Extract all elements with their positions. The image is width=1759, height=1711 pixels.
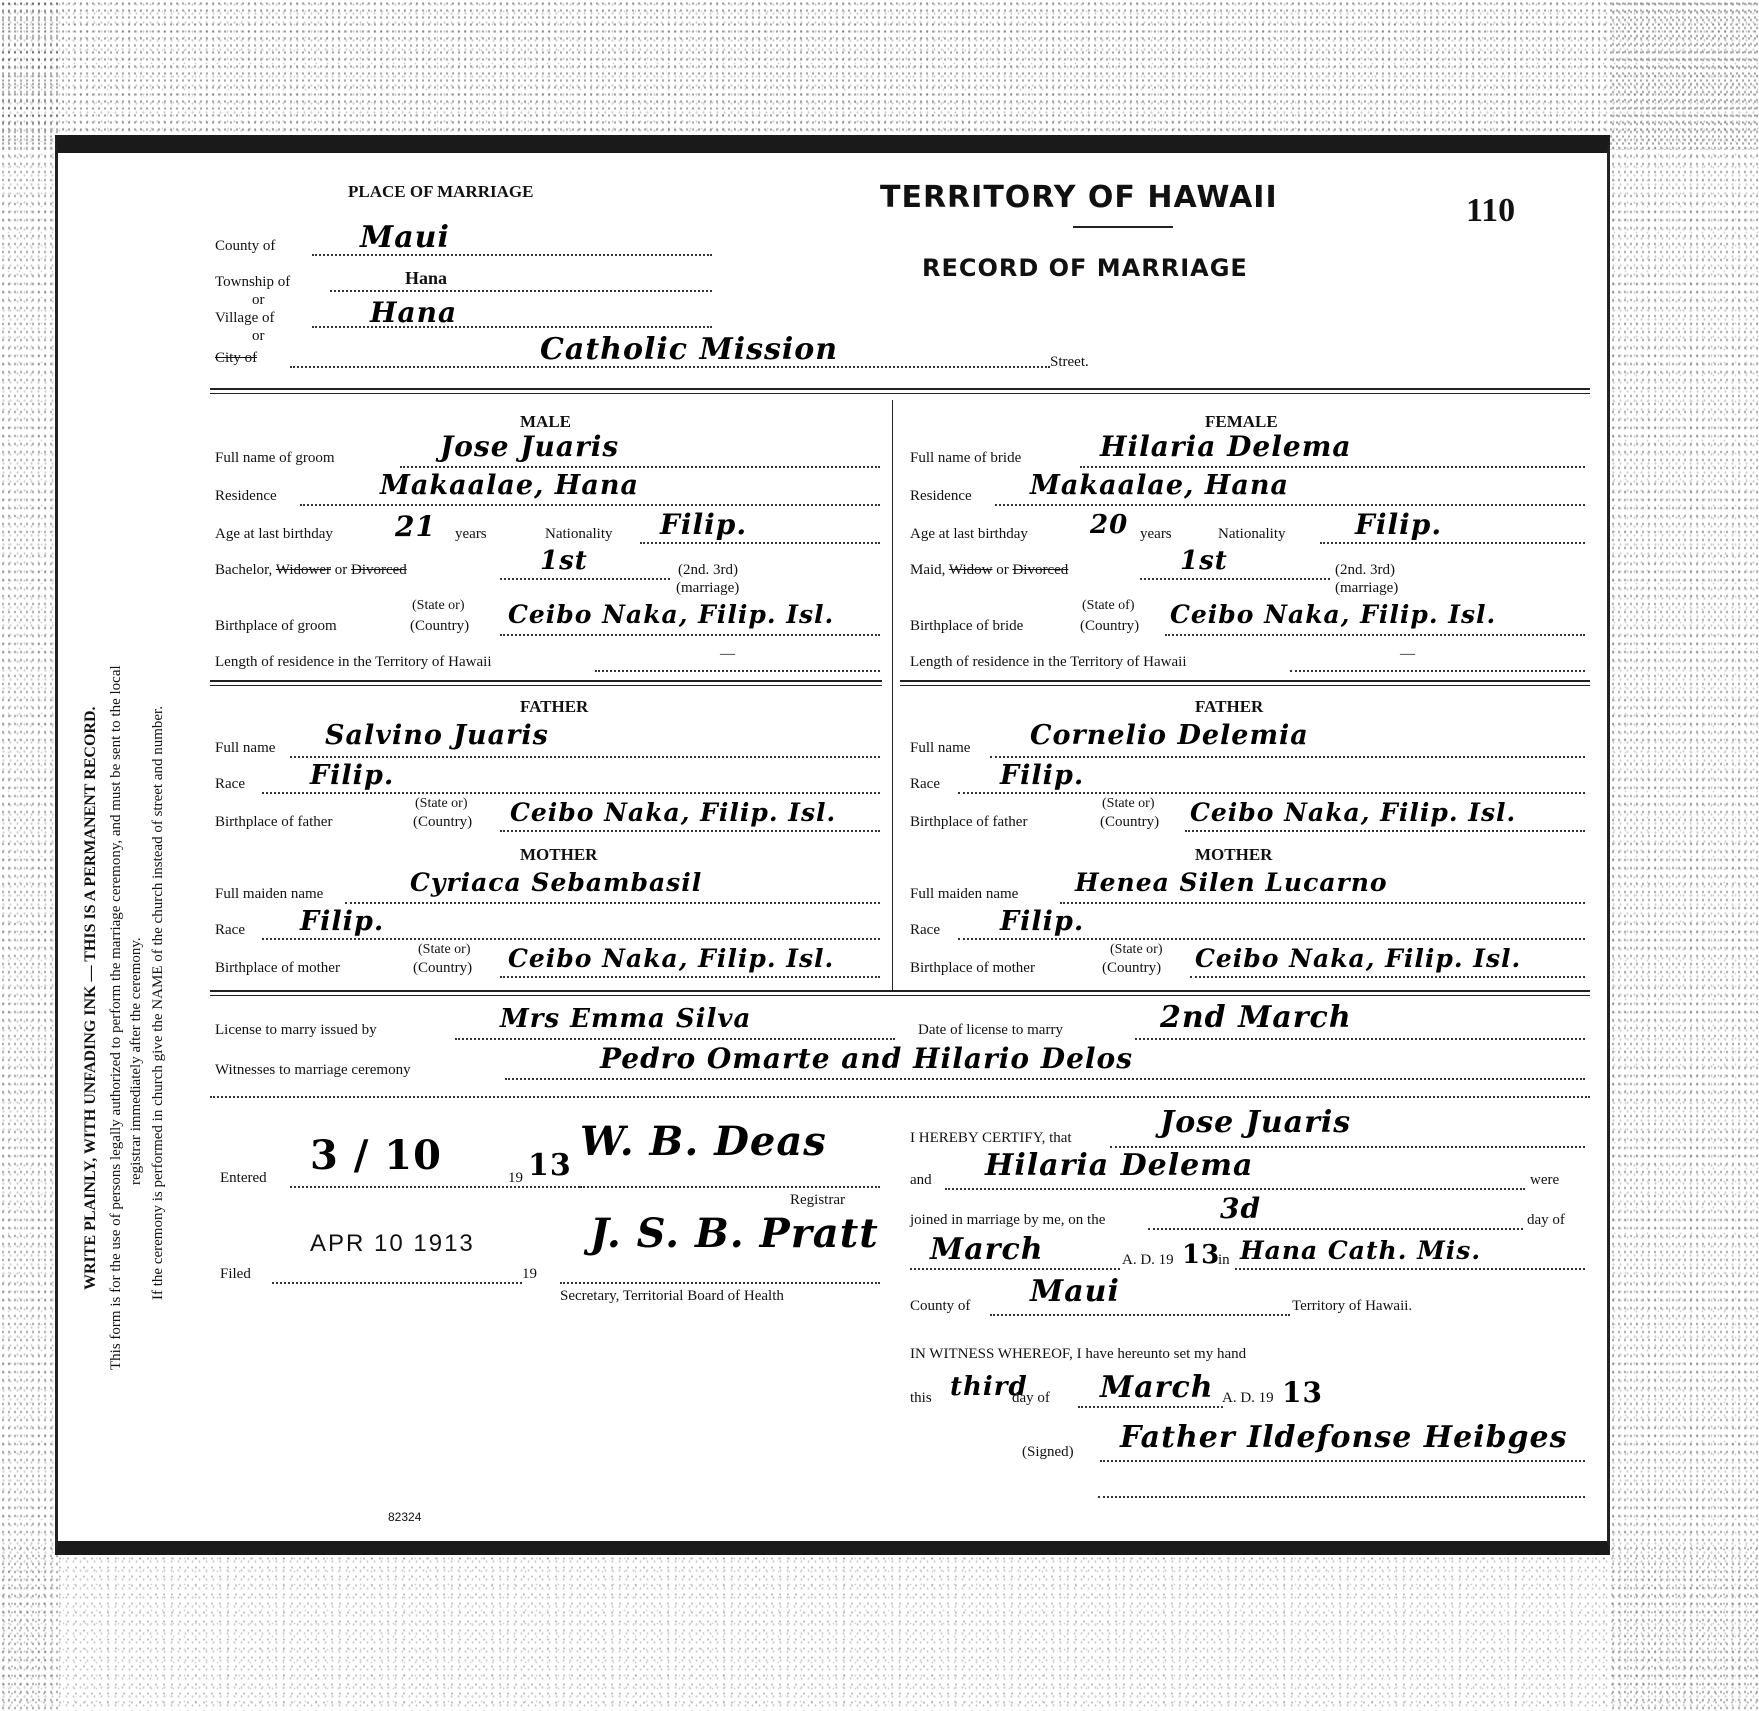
groom-mother-name-line bbox=[345, 902, 880, 904]
margin-instruction-2: If the ceremony is performed in church g… bbox=[150, 706, 167, 1300]
county-value: Maui bbox=[360, 220, 450, 255]
bride-residence-line bbox=[995, 504, 1585, 506]
groom-father-name-value: Salvino Juaris bbox=[325, 720, 549, 751]
bride-mother-race-label: Race bbox=[910, 922, 940, 939]
scan-noise-top bbox=[0, 0, 1759, 150]
groom-marriage-number-line bbox=[500, 578, 670, 580]
groom-birthplace-line bbox=[500, 634, 880, 636]
bride-mother-name-label: Full maiden name bbox=[910, 886, 1018, 903]
day-of-label: day of bbox=[1527, 1212, 1565, 1229]
groom-father-race-label: Race bbox=[215, 776, 245, 793]
secretary-label: Secretary, Territorial Board of Health bbox=[560, 1288, 784, 1305]
witnesses-line bbox=[505, 1078, 1585, 1080]
county-label: County of bbox=[215, 238, 275, 255]
township-value: Hana bbox=[405, 268, 447, 289]
divorced-label: Divorced bbox=[351, 562, 407, 578]
groom-residence-line bbox=[300, 504, 880, 506]
officiant-signature: Father Ildefonse Heibges bbox=[1120, 1420, 1568, 1455]
bachelor-label: Bachelor, bbox=[215, 562, 272, 578]
groom-mother-heading: MOTHER bbox=[520, 845, 597, 865]
section-divider-license bbox=[210, 990, 1590, 996]
groom-birthplace-value: Ceibo Naka, Filip. Isl. bbox=[508, 600, 834, 629]
bride-father-heading: FATHER bbox=[1195, 697, 1263, 717]
document-title: TERRITORY OF HAWAII bbox=[880, 180, 1278, 215]
bride-marriage-number: 1st bbox=[1180, 546, 1228, 576]
bride-mother-country-label: (Country) bbox=[1102, 960, 1161, 977]
city-label-text: City of bbox=[215, 350, 257, 366]
signed-line bbox=[1100, 1460, 1585, 1462]
groom-length-line bbox=[595, 670, 880, 672]
bride-father-race-line bbox=[958, 792, 1585, 794]
witness-this-label: this bbox=[910, 1390, 932, 1407]
widower-label: Widower bbox=[276, 562, 331, 578]
bride-length-label: Length of residence in the Territory of … bbox=[910, 654, 1187, 671]
margin-instruction-1a: This form is for the use of persons lega… bbox=[108, 665, 125, 1370]
groom-nationality-line bbox=[640, 542, 880, 544]
bride-father-birthplace-value: Ceibo Naka, Filip. Isl. bbox=[1190, 798, 1516, 827]
or-label-2: or bbox=[252, 328, 265, 345]
bride-mother-race-line bbox=[958, 938, 1585, 940]
bride-nationality-label: Nationality bbox=[1218, 526, 1286, 543]
were-label: were bbox=[1530, 1172, 1559, 1189]
bride-divorced-label: Divorced bbox=[1012, 562, 1068, 578]
bride-father-name-line bbox=[990, 756, 1585, 758]
bride-father-race-value: Filip. bbox=[1000, 760, 1084, 791]
bride-nationality-value: Filip. bbox=[1355, 508, 1442, 541]
bride-father-name-label: Full name bbox=[910, 740, 970, 757]
groom-mother-race-value: Filip. bbox=[300, 906, 384, 937]
bride-state-of: (State of) bbox=[1082, 598, 1134, 614]
groom-father-name-label: Full name bbox=[215, 740, 275, 757]
village-value: Hana bbox=[370, 296, 457, 329]
entered-line bbox=[290, 1186, 580, 1188]
certify-place-line bbox=[1235, 1268, 1585, 1270]
female-section-divider bbox=[900, 680, 1590, 686]
groom-mother-birthplace-label: Birthplace of mother bbox=[215, 960, 340, 977]
city-label: City of bbox=[215, 350, 257, 367]
bride-birthplace-line bbox=[1165, 634, 1585, 636]
scan-noise-right bbox=[1610, 0, 1759, 1711]
groom-father-state-or: (State or) bbox=[415, 796, 467, 812]
groom-mother-country-label: (Country) bbox=[413, 960, 472, 977]
bride-father-country-label: (Country) bbox=[1100, 814, 1159, 831]
registrar-signature-line bbox=[580, 1186, 880, 1188]
registrar-signature: W. B. Deas bbox=[580, 1118, 827, 1165]
bride-father-state-or: (State or) bbox=[1102, 796, 1154, 812]
groom-nationality-label: Nationality bbox=[545, 526, 613, 543]
certify-county-label: County of bbox=[910, 1298, 970, 1315]
groom-father-birthplace-line bbox=[500, 830, 880, 832]
bride-status-label: Maid, Widow or Divorced bbox=[910, 562, 1068, 579]
column-divider bbox=[892, 400, 893, 990]
certify-county-value: Maui bbox=[1030, 1274, 1120, 1309]
bride-length-line bbox=[1290, 670, 1585, 672]
bride-country-label: (Country) bbox=[1080, 618, 1139, 635]
bride-father-race-label: Race bbox=[910, 776, 940, 793]
certify-place-value: Hana Cath. Mis. bbox=[1240, 1236, 1481, 1265]
bride-marriage-hint: (marriage) bbox=[1335, 580, 1398, 597]
witness-day-of-label: day of bbox=[1012, 1390, 1050, 1407]
groom-state-or: (State or) bbox=[412, 598, 464, 614]
bride-birthplace-value: Ceibo Naka, Filip. Isl. bbox=[1170, 600, 1496, 629]
or-label-4: or bbox=[996, 562, 1009, 578]
form-number: 110 bbox=[1466, 192, 1515, 230]
filed-line bbox=[272, 1282, 522, 1284]
groom-name-line bbox=[400, 466, 880, 468]
groom-birthplace-label: Birthplace of groom bbox=[215, 618, 337, 635]
certify-day-line bbox=[1148, 1228, 1523, 1230]
and-label: and bbox=[910, 1172, 932, 1189]
margin-warning: WRITE PLAINLY, WITH UNFADING INK — THIS … bbox=[82, 706, 100, 1290]
secretary-signature: J. S. B. Pratt bbox=[590, 1210, 879, 1257]
groom-father-birthplace-value: Ceibo Naka, Filip. Isl. bbox=[510, 798, 836, 827]
or-label-1: or bbox=[252, 292, 265, 309]
widow-label: Widow bbox=[949, 562, 993, 578]
witnesses-value: Pedro Omarte and Hilario Delos bbox=[600, 1042, 1133, 1075]
maid-label: Maid, bbox=[910, 562, 945, 578]
male-section-divider bbox=[210, 680, 882, 686]
bride-mother-name-line bbox=[1060, 902, 1585, 904]
witness-month-line bbox=[1078, 1406, 1223, 1408]
certify-year-suffix: 13 bbox=[1182, 1240, 1220, 1270]
filed-year-prefix: 19 bbox=[522, 1266, 537, 1283]
license-issued-by-line bbox=[455, 1038, 895, 1040]
groom-name-value: Jose Juaris bbox=[440, 430, 619, 463]
entered-date-value: 3 / 10 bbox=[310, 1132, 442, 1179]
joined-label: joined in marriage by me, on the bbox=[910, 1212, 1105, 1229]
bride-mother-birthplace-label: Birthplace of mother bbox=[910, 960, 1035, 977]
male-heading: MALE bbox=[520, 412, 571, 432]
female-heading: FEMALE bbox=[1205, 412, 1278, 432]
certify-bride-value: Hilaria Delema bbox=[985, 1148, 1253, 1183]
street-label: Street. bbox=[1050, 354, 1089, 371]
groom-country-label: (Country) bbox=[410, 618, 469, 635]
groom-length-label: Length of residence in the Territory of … bbox=[215, 654, 492, 671]
groom-mother-name-value: Cyriaca Sebambasil bbox=[410, 868, 702, 897]
bride-name-label: Full name of bride bbox=[910, 450, 1021, 467]
title-divider bbox=[1073, 226, 1173, 228]
certify-territory-label: Territory of Hawaii. bbox=[1292, 1298, 1412, 1315]
bride-age-value: 20 bbox=[1090, 510, 1128, 540]
entered-label: Entered bbox=[220, 1170, 267, 1187]
groom-ordinal-hint: (2nd. 3rd) bbox=[678, 562, 738, 579]
groom-nationality-value: Filip. bbox=[660, 508, 747, 541]
groom-age-value: 21 bbox=[395, 510, 436, 543]
groom-marriage-hint: (marriage) bbox=[676, 580, 739, 597]
signed-line-2 bbox=[1098, 1496, 1585, 1498]
witness-ad-label: A. D. 19 bbox=[1222, 1390, 1274, 1407]
registrar-label: Registrar bbox=[790, 1192, 845, 1209]
bride-birthplace-label: Birthplace of bride bbox=[910, 618, 1023, 635]
groom-mother-birthplace-value: Ceibo Naka, Filip. Isl. bbox=[508, 944, 834, 973]
groom-years-label: years bbox=[455, 526, 487, 543]
groom-residence-label: Residence bbox=[215, 488, 277, 505]
document-subtitle: RECORD OF MARRIAGE bbox=[922, 254, 1248, 282]
groom-mother-name-label: Full maiden name bbox=[215, 886, 323, 903]
or-label-3: or bbox=[335, 562, 348, 578]
groom-father-birthplace-label: Birthplace of father bbox=[215, 814, 332, 831]
witnesses-label: Witnesses to marriage ceremony bbox=[215, 1062, 411, 1079]
groom-marriage-number: 1st bbox=[540, 546, 588, 576]
section-divider-registrar bbox=[210, 1096, 1590, 1098]
groom-age-label: Age at last birthday bbox=[215, 526, 333, 543]
secretary-signature-line bbox=[560, 1282, 880, 1284]
entered-year-prefix: 19 bbox=[508, 1170, 523, 1187]
city-value: Catholic Mission bbox=[540, 332, 838, 367]
bride-mother-birthplace-value: Ceibo Naka, Filip. Isl. bbox=[1195, 944, 1521, 973]
bride-name-value: Hilaria Delema bbox=[1100, 430, 1351, 463]
bride-residence-value: Makaalae, Hana bbox=[1030, 470, 1289, 501]
groom-father-race-value: Filip. bbox=[310, 760, 394, 791]
groom-residence-value: Makaalae, Hana bbox=[380, 470, 639, 501]
bride-ordinal-hint: (2nd. 3rd) bbox=[1335, 562, 1395, 579]
filed-label: Filed bbox=[220, 1266, 251, 1283]
certify-groom-value: Jose Juaris bbox=[1160, 1105, 1351, 1140]
bride-mother-heading: MOTHER bbox=[1195, 845, 1272, 865]
bride-father-name-value: Cornelio Delemia bbox=[1030, 720, 1309, 751]
groom-mother-state-or: (State or) bbox=[418, 942, 470, 958]
bride-mother-race-value: Filip. bbox=[1000, 906, 1084, 937]
certify-label: I HEREBY CERTIFY, that bbox=[910, 1130, 1072, 1147]
bride-marriage-number-line bbox=[1140, 578, 1330, 580]
groom-mother-birthplace-line bbox=[500, 976, 880, 978]
groom-father-country-label: (Country) bbox=[413, 814, 472, 831]
scan-noise-left bbox=[0, 0, 60, 1711]
bride-father-birthplace-label: Birthplace of father bbox=[910, 814, 1027, 831]
bride-mother-state-or: (State or) bbox=[1110, 942, 1162, 958]
groom-mother-race-line bbox=[262, 938, 880, 940]
bride-years-label: years bbox=[1140, 526, 1172, 543]
township-label: Township of bbox=[215, 274, 290, 291]
bride-age-label: Age at last birthday bbox=[910, 526, 1028, 543]
bride-name-line bbox=[1080, 466, 1585, 468]
entered-year-suffix: 13 bbox=[528, 1148, 572, 1183]
certify-month-value: March bbox=[930, 1232, 1044, 1267]
groom-length-value: — bbox=[720, 646, 735, 663]
bride-father-birthplace-line bbox=[1185, 830, 1585, 832]
bride-mother-name-value: Henea Silen Lucarno bbox=[1075, 868, 1388, 897]
margin-instruction-1b: registrar immediately after the ceremony… bbox=[128, 937, 145, 1185]
witness-month-value: March bbox=[1100, 1370, 1214, 1405]
section-divider-top bbox=[210, 388, 1590, 394]
certify-county-line bbox=[990, 1314, 1290, 1316]
groom-mother-race-label: Race bbox=[215, 922, 245, 939]
license-issued-by-label: License to marry issued by bbox=[215, 1022, 377, 1039]
groom-status-label: Bachelor, Widower or Divorced bbox=[215, 562, 407, 579]
place-of-marriage-heading: PLACE OF MARRIAGE bbox=[348, 182, 533, 202]
certify-bride-line bbox=[945, 1188, 1525, 1190]
bride-mother-birthplace-line bbox=[1190, 976, 1585, 978]
license-issued-by-value: Mrs Emma Silva bbox=[500, 1004, 751, 1034]
groom-name-label: Full name of groom bbox=[215, 450, 335, 467]
bride-length-value: — bbox=[1400, 646, 1415, 663]
groom-father-name-line bbox=[290, 756, 880, 758]
township-line bbox=[330, 290, 712, 292]
village-label: Village of bbox=[215, 310, 275, 327]
certify-day-value: 3d bbox=[1220, 1192, 1261, 1225]
certify-ad-label: A. D. 19 bbox=[1122, 1252, 1174, 1269]
certify-in-label: in bbox=[1218, 1252, 1230, 1269]
bride-nationality-line bbox=[1320, 542, 1585, 544]
witness-year-suffix: 13 bbox=[1282, 1376, 1323, 1409]
certify-month-line bbox=[910, 1268, 1120, 1270]
signed-label: (Signed) bbox=[1022, 1444, 1074, 1461]
witness-whereof-label: IN WITNESS WHEREOF, I have hereunto set … bbox=[910, 1346, 1246, 1363]
bride-residence-label: Residence bbox=[910, 488, 972, 505]
license-date-line bbox=[1135, 1038, 1585, 1040]
scan-noise-bottom bbox=[0, 1545, 1759, 1711]
groom-father-heading: FATHER bbox=[520, 697, 588, 717]
filed-stamp: APR 10 1913 bbox=[310, 1230, 475, 1258]
footer-number: 82324 bbox=[388, 1510, 421, 1524]
license-date-label: Date of license to marry bbox=[918, 1022, 1063, 1039]
groom-father-race-line bbox=[262, 792, 880, 794]
license-date-value: 2nd March bbox=[1160, 1000, 1352, 1035]
